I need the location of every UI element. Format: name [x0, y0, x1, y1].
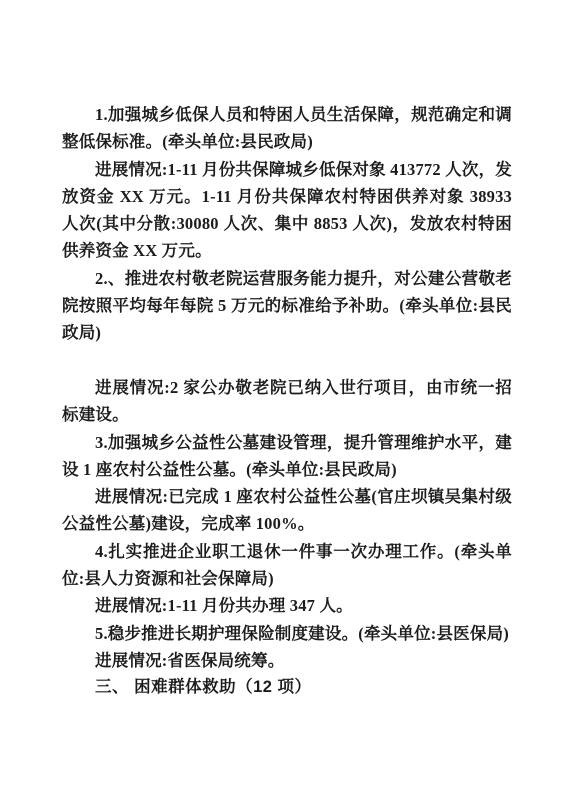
paragraph-progress-2: 进展情况:2 家公办敬老院已纳入世行项目，由市统一招标建设。: [62, 374, 512, 429]
paragraph-item-2: 2.、推进农村敬老院运营服务能力提升，对公建公营敬老院按照平均每年每院 5 万元…: [62, 265, 512, 347]
document-page: 1.加强城乡低保人员和特困人员生活保障，规范确定和调整低保标准。(牵头单位:县民…: [0, 0, 570, 807]
paragraph-item-4: 4.扎实推进企业职工退休一件事一次办理工作。(牵头单位:县人力资源和社会保障局): [62, 538, 512, 593]
paragraph-item-5: 5.稳步推进长期护理保险制度建设。(牵头单位:县医保局): [62, 620, 512, 647]
paragraph-progress-5: 进展情况:省医保局统筹。: [62, 647, 512, 674]
paragraph-progress-4: 进展情况:1-11 月份共办理 347 人。: [62, 592, 512, 619]
paragraph-item-1: 1.加强城乡低保人员和特困人员生活保障，规范确定和调整低保标准。(牵头单位:县民…: [62, 101, 512, 156]
paragraph-progress-3: 进展情况:已完成 1 座农村公益性公墓(官庄坝镇吴集村级公益性公墓)建设，完成率…: [62, 483, 512, 538]
section-heading: 三、 困难群体救助（12 项）: [62, 674, 512, 701]
paragraph-progress-1: 进展情况:1-11 月份共保障城乡低保对象 413772 人次，发放资金 XX …: [62, 156, 512, 265]
paragraph-item-3: 3.加强城乡公益性公墓建设管理，提升管理维护水平，建设 1 座农村公益性公墓。(…: [62, 429, 512, 484]
paragraph-blank: [62, 347, 512, 374]
